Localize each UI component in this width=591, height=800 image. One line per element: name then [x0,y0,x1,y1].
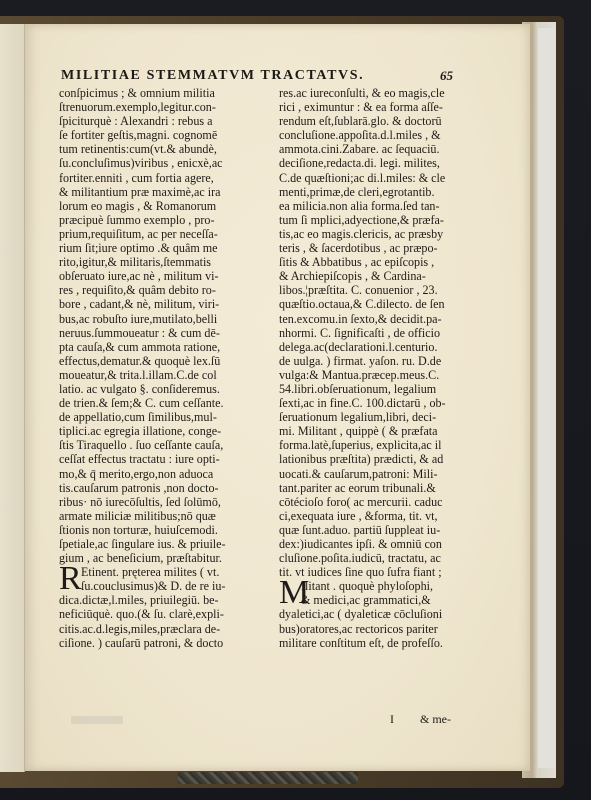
text-line: quæſtio.octaua,& C.dilecto. de ſen [279,297,499,311]
text-line: res.ac iureconſulti, & eo magis,cle [279,86,499,100]
text-line: de trien.& ſem;& C. cum ceſſante. [59,396,279,410]
text-line: tis.cauſarum patronis ,non docto- [59,481,279,495]
text-line: prium,requiſitum, ac per neceſſa- [59,227,279,241]
text-line: ea milicia.non alia forma.ſed tan- [279,199,499,213]
text-line: pta cauſa,& cum ammota ratione, [59,340,279,354]
text-line: nhormi. C. ſignificaſti , de officio [279,326,499,340]
dropcap-initial: M [279,578,309,608]
text-line: rium ſit;iure optimo .& quâm me [59,241,279,255]
text-line: ſtrenuorum.exemplo,legitur.con- [59,100,279,114]
book-page: MILITIAE STEMMATVM TRACTATVS. 65 conſpic… [25,24,530,771]
text-line: libos.¦præſtita. C. conuenior , 23. [279,283,499,297]
text-line: ſpetiale,ac ſingulare ius. & priuile- [59,537,279,551]
dropcap-initial: R [59,564,82,594]
text-line: & militantium præ maximè,ac ira [59,185,279,199]
text-line: vulga:& Mantua.præcep.meus.C. [279,368,499,382]
text-line: ribus· nō iurecōſultis, ſed ſolūmō, [59,495,279,509]
text-line: de appellatio,cum ſimilibus,mul- [59,410,279,424]
text-line: tum retinentis:cum(vt.& abundè, [59,142,279,156]
flyleaf-edge [538,28,556,768]
text-line: ceſſat effectus tractatu : iure opti- [59,452,279,466]
text-line: rito,igitur,& militaris,ſtemmatis [59,255,279,269]
text-line: menti,primæ,de cleri,egrotantib. [279,185,499,199]
text-line: lorum eo magis , & Romanorum [59,199,279,213]
text-line: latio. ac vulgato §. conſideremus. [59,382,279,396]
text-line: tant.pariter ac eorum tribunali.& [279,481,499,495]
text-line: teris , & ſacerdotibus , ac præpo- [279,241,499,255]
text-line: & medici,ac grammatici,& [279,593,499,607]
text-line: dica.dictæ,l.miles, priuilegiū. be- [59,593,279,607]
left-column: conſpicimus ; & omnium militia ſtrenuoru… [59,86,279,650]
text-line: ſpiciturquè : Alexandri : rebus a [59,114,279,128]
text-line: tiplici.ac egregia illatione, conge- [59,424,279,438]
text-line: obſeruato iure,ac nè , militum vi- [59,269,279,283]
text-line: conſpicimus ; & omnium militia [59,86,279,100]
dropcap-paragraph: M Ilitant . quoquè phyloſophi, & medici,… [279,579,499,607]
text-line: effectus,dematur.& quoquè lex.ſū [59,354,279,368]
text-line: ſexti,ac in fine.C. 100.dictarū , ob- [279,396,499,410]
text-line: tis,ac eo magis.clericis, ac præsby [279,227,499,241]
text-line: uocati.& cauſarum,patroni: Mili- [279,467,499,481]
text-line: ſu.concluſimus)viribus , enicxè,ac [59,156,279,170]
text-line: ſitis & Abbatibus , ac epiſcopis , [279,255,499,269]
marbled-edge [178,772,358,784]
text-line: cōtécioſo foro( ac mercurii. caduc [279,495,499,509]
text-line: fortiter.enniti , cum fortia agere, [59,171,279,185]
text-line: bus)oratores,ac rectoricos pariter [279,622,499,636]
text-line: rici , eximuntur : & ea forma aſſe- [279,100,499,114]
text-line: ciſione. ) cauſarū patroni, & docto [59,636,279,650]
text-line: neficiūquè. quo.(& ſu. clarè,expli- [59,607,279,621]
text-line: gium , ac beneſicium, præſtabitur. [59,551,279,565]
text-line: ten.excomu.in ſexto,& decidit.pa- [279,312,499,326]
signature-mark: I [390,712,394,727]
text-line: rendum eſt,ſublarā.glo. & doctorū [279,114,499,128]
right-column: res.ac iureconſulti, & eo magis,cle rici… [279,86,499,650]
faint-library-stamp [71,716,123,724]
text-line: militare conſtitum eſt, de profeſſo. [279,636,499,650]
text-line: dex:)iudicantes ipſi. & omniū con [279,537,499,551]
text-line: tit. vt iudices ſine quo ſufra fiant ; [279,565,499,579]
dropcap-paragraph: R Etinent. pręterea milites ( vt. ſu.cou… [59,565,279,593]
text-line: Ilitant . quoquè phyloſophi, [279,579,499,593]
text-line: res , requiſito,& quâm debito ro- [59,283,279,297]
running-head: MILITIAE STEMMATVM TRACTATVS. [61,68,481,84]
text-line: ſu.couclusimus)& D. de re iu- [59,579,279,593]
text-line: concluſione.appoſita.d.l.miles , & [279,128,499,142]
text-line: moueatur,& trita.l.illam.C.de col [59,368,279,382]
text-line: præcipuè ſummo exemplo , pro- [59,213,279,227]
text-line: 54.libri.obſeruationum, legalium [279,382,499,396]
text-line: forma.latè,ſuperius, explicita,ac il [279,438,499,452]
facing-page-edge [0,24,25,772]
text-line: deciſione,redacta.di. legi. milites, [279,156,499,170]
text-line: tum ſi mplici,adyectione,& præfa- [279,213,499,227]
text-line: lationibus præſtita) prædicti, & ad [279,452,499,466]
text-line: bore , cadant,& nè, militum, viri- [59,297,279,311]
text-line: armate miliciæ militibus;nō quæ [59,509,279,523]
text-line: ammota.cini.Zabare. ac ſequaciū. [279,142,499,156]
text-line: C.de quæſtioni;ac di.l.miles: & cle [279,171,499,185]
catchword: & me- [420,712,451,727]
text-line: dyaletici,ac ( dyaleticæ cōcluſioni [279,607,499,621]
text-line: citis.ac.d.legis,miles,præclara de- [59,622,279,636]
text-line: de uulga. ) firmat. yaſon. ru. D.de [279,354,499,368]
text-line: ſe fortiter geſtis,magni. cognomē [59,128,279,142]
page-number: 65 [440,68,453,84]
text-line: & Archiepiſcopis , & Cardina- [279,269,499,283]
text-line: mo,& q̄ merito,ergo,non aduoca [59,467,279,481]
text-line: mi. Militant , quippè ( & præfata [279,424,499,438]
text-line: ci,exequata iure , &forma, tit. vt, [279,509,499,523]
text-line: quæ ſunt.aduo. partiū ſuppleat iu- [279,523,499,537]
text-line: ſtionis non torturæ, huiuſcemodi. [59,523,279,537]
text-line: ſtis Tiraquello . ſuo ceſſante cauſa, [59,438,279,452]
text-line: cluſione.poſita.iudicū, tractatu, ac [279,551,499,565]
text-line: ſeruationum legalium,libri, deci- [279,410,499,424]
text-line: neruus.ſummoueatur : & cum dē- [59,326,279,340]
text-line: delega.ac(declarationi.l.centurio. [279,340,499,354]
text-line: Etinent. pręterea milites ( vt. [59,565,279,579]
text-line: bus,ac robuſto iure,mutilato,belli [59,312,279,326]
